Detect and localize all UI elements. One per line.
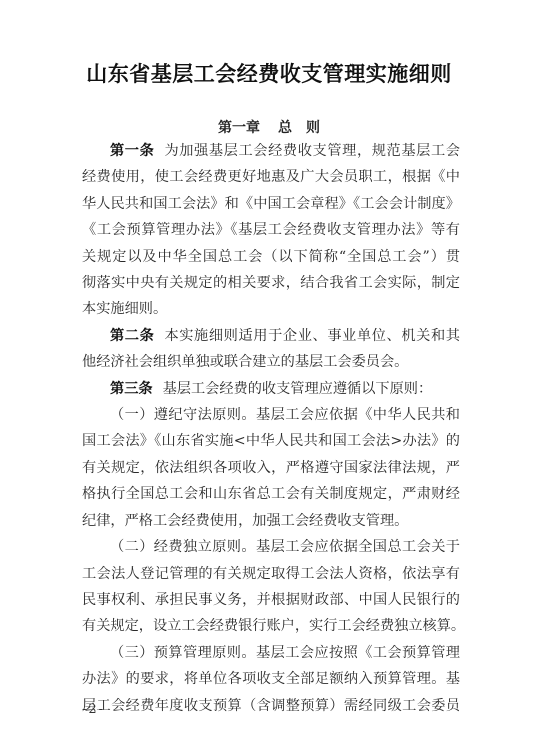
document-body: 第一条为加强基层工会经费收支管理，规范基层工会 经费使用，使工会经费更好地惠及广… (82, 138, 460, 719)
text-line: 有关规定，依法组织各项收入，严格遵守国家法律法规，严 (82, 455, 460, 481)
text-line: 国工会法》《山东省实施<中华人民共和国工会法>办法》的 (82, 428, 460, 454)
page-number: -2- (82, 702, 105, 717)
text-line: 《工会预算管理办法》《基层工会经费收支管理办法》等有 (82, 217, 460, 243)
text-line: 第三条基层工会经费的收支管理应遵循以下原则： (82, 376, 460, 402)
text-line: 他经济社会组织单独或联合建立的基层工会委员会。 (82, 349, 460, 375)
text-line: 经费使用，使工会经费更好地惠及广大会员职工，根据《中 (82, 164, 460, 190)
article-2: 第二条本实施细则适用于企业、事业单位、机关和其 他经济社会组织单独或联合建立的基… (82, 323, 460, 376)
article-1: 第一条为加强基层工会经费收支管理，规范基层工会 经费使用，使工会经费更好地惠及广… (82, 138, 460, 323)
text-line: 纪律，严格工会经费使用，加强工会经费收支管理。 (82, 508, 460, 534)
text-line: 彻落实中央有关规定的相关要求，结合我省工会实际，制定 (82, 270, 460, 296)
text-line: 格执行全国总工会和山东省总工会有关制度规定，严肃财经 (82, 481, 460, 507)
document-title: 山东省基层工会经费收支管理实施细则 (0, 58, 538, 88)
chapter-heading: 第一章总则 (0, 117, 538, 137)
article-label: 第三条 (110, 381, 153, 397)
text-line: 第二条本实施细则适用于企业、事业单位、机关和其 (82, 323, 460, 349)
article-label: 第二条 (110, 328, 154, 344)
text-line: 本实施细则。 (82, 296, 460, 322)
chapter-title-part2: 则 (306, 120, 320, 136)
text-line: 工会法人登记管理的有关规定取得工会法人资格，依法享有 (82, 561, 460, 587)
text-line: （一）遵纪守法原则。基层工会应依据《中华人民共和 (82, 402, 460, 428)
text-line: （二）经费独立原则。基层工会应依据全国总工会关于 (82, 534, 460, 560)
article-label: 第一条 (110, 143, 154, 159)
article-3: 第三条基层工会经费的收支管理应遵循以下原则： (82, 376, 460, 402)
chapter-title-part1: 总 (278, 120, 292, 136)
text-line: 层工会经费年度收支预算（含调整预算）需经同级工会委员 (82, 693, 460, 719)
principle-2: （二）经费独立原则。基层工会应依据全国总工会关于 工会法人登记管理的有关规定取得… (82, 534, 460, 640)
principle-3: （三）预算管理原则。基层工会应按照《工会预算管理 办法》的要求，将单位各项收支全… (82, 640, 460, 719)
text-line: 第一条为加强基层工会经费收支管理，规范基层工会 (82, 138, 460, 164)
text-line: 有关规定，设立工会经费银行账户，实行工会经费独立核算。 (82, 613, 460, 639)
document-page: 山东省基层工会经费收支管理实施细则 第一章总则 第一条为加强基层工会经费收支管理… (0, 0, 538, 751)
text-line: （三）预算管理原则。基层工会应按照《工会预算管理 (82, 640, 460, 666)
text-line: 办法》的要求，将单位各项收支全部足额纳入预算管理。基 (82, 666, 460, 692)
text-line: 华人民共和国工会法》和《中国工会章程》《工会会计制度》 (82, 191, 460, 217)
text-line: 民事权利、承担民事义务，并根据财政部、中国人民银行的 (82, 587, 460, 613)
principle-1: （一）遵纪守法原则。基层工会应依据《中华人民共和 国工会法》《山东省实施<中华人… (82, 402, 460, 534)
chapter-number: 第一章 (218, 120, 260, 136)
text-line: 关规定以及中华全国总工会（以下简称“全国总工会”）贯 (82, 244, 460, 270)
